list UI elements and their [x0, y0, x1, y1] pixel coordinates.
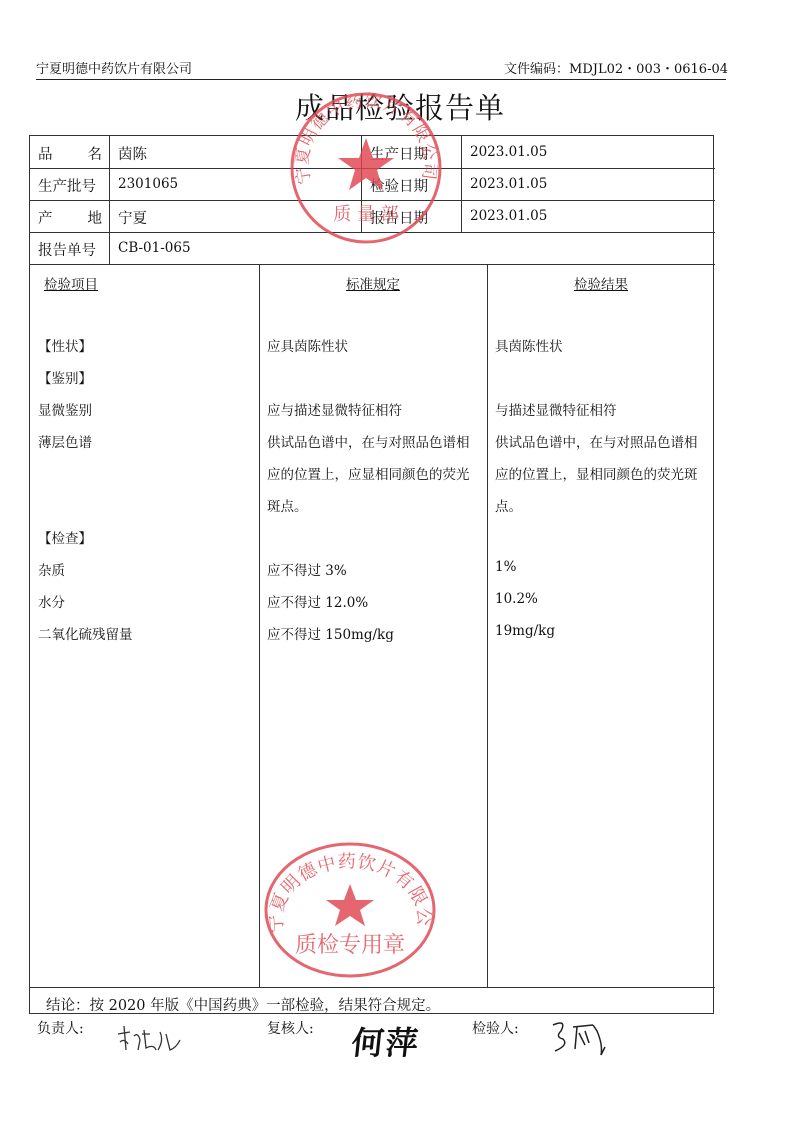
result-text: 19mg/kg — [495, 623, 555, 639]
production-date-value: 2023.01.05 — [470, 144, 547, 160]
reviewer-label: 复核人: — [267, 1018, 314, 1038]
inspection-date-value: 2023.01.05 — [470, 176, 547, 192]
document-code: 文件编码：MDJL02・003・0616-04 — [504, 58, 728, 77]
row-divider — [30, 232, 715, 233]
origin-label: 产地 — [38, 207, 102, 228]
test-item: 薄层色谱 — [38, 431, 92, 451]
test-item: 水分 — [38, 591, 65, 611]
inspector-label: 检验人: — [472, 1018, 519, 1038]
reviewer-signature: 何萍 — [350, 1018, 423, 1064]
header-test-item: 检验项目 — [44, 273, 98, 293]
batch-value: 2301065 — [118, 176, 178, 192]
company-name: 宁夏明德中药饮片有限公司 — [36, 58, 192, 77]
test-item: 显微鉴别 — [38, 399, 92, 419]
test-item: 【性状】 — [38, 335, 92, 355]
row-divider — [30, 168, 715, 169]
report-table: 品名 茵陈 生产批号 2301065 产地 宁夏 报告单号 CB-01-065 … — [29, 135, 714, 1014]
report-no-value: CB-01-065 — [118, 240, 191, 256]
report-date-value: 2023.01.05 — [470, 208, 547, 224]
batch-label: 生产批号 — [38, 175, 96, 196]
label-char: 品 — [38, 143, 53, 164]
responsible-label: 负责人: — [37, 1018, 84, 1038]
test-item: 杂质 — [38, 559, 65, 579]
label-char: 名 — [88, 143, 103, 164]
standard-text: 供试品色谱中，在与对照品色谱相 — [267, 431, 470, 451]
product-name-label: 品名 — [38, 143, 102, 164]
result-text: 具茵陈性状 — [495, 335, 563, 355]
header-rule — [36, 79, 726, 80]
header-standard: 标准规定 — [259, 273, 487, 293]
result-text: 1% — [495, 559, 516, 575]
standard-text: 应具茵陈性状 — [267, 335, 348, 355]
col-divider — [109, 136, 110, 264]
col-divider — [259, 264, 260, 987]
product-name-value: 茵陈 — [118, 143, 147, 164]
row-divider — [30, 264, 715, 265]
result-text: 供试品色谱中，在与对照品色谱相 — [495, 431, 698, 451]
row-divider — [30, 200, 715, 201]
label-char: 产 — [38, 207, 53, 228]
origin-value: 宁夏 — [118, 207, 147, 228]
result-text: 与描述显微特征相符 — [495, 399, 617, 419]
inspector-signature — [545, 1015, 625, 1060]
responsible-signature — [110, 1020, 190, 1060]
standard-text: 应的位置上，应显相同颜色的荧光 — [267, 463, 470, 483]
production-date-label: 生产日期 — [370, 143, 428, 164]
col-divider — [361, 136, 362, 232]
test-item: 【检查】 — [38, 527, 92, 547]
test-item: 二氧化硫残留量 — [38, 623, 133, 643]
report-no-label: 报告单号 — [38, 239, 96, 260]
standard-text: 斑点。 — [267, 495, 308, 515]
standard-text: 应不得过 150mg/kg — [267, 623, 394, 643]
standard-text: 应不得过 12.0% — [267, 591, 368, 611]
label-char: 地 — [88, 207, 103, 228]
standard-text: 应与描述显微特征相符 — [267, 399, 402, 419]
header-result: 检验结果 — [487, 273, 715, 293]
inspection-date-label: 检验日期 — [370, 175, 428, 196]
result-text: 点。 — [495, 495, 522, 515]
result-text: 应的位置上，显相同颜色的荧光斑 — [495, 463, 698, 483]
page-title: 成品检验报告单 — [0, 86, 800, 127]
result-text: 10.2% — [495, 591, 538, 607]
report-date-label: 报告日期 — [370, 207, 428, 228]
standard-text: 应不得过 3% — [267, 559, 347, 579]
test-item: 【鉴别】 — [38, 367, 92, 387]
conclusion: 结论：按 2020 年版《中国药典》一部检验，结果符合规定。 — [46, 994, 440, 1015]
row-divider — [30, 987, 715, 988]
col-divider — [487, 264, 488, 987]
col-divider — [461, 136, 462, 232]
